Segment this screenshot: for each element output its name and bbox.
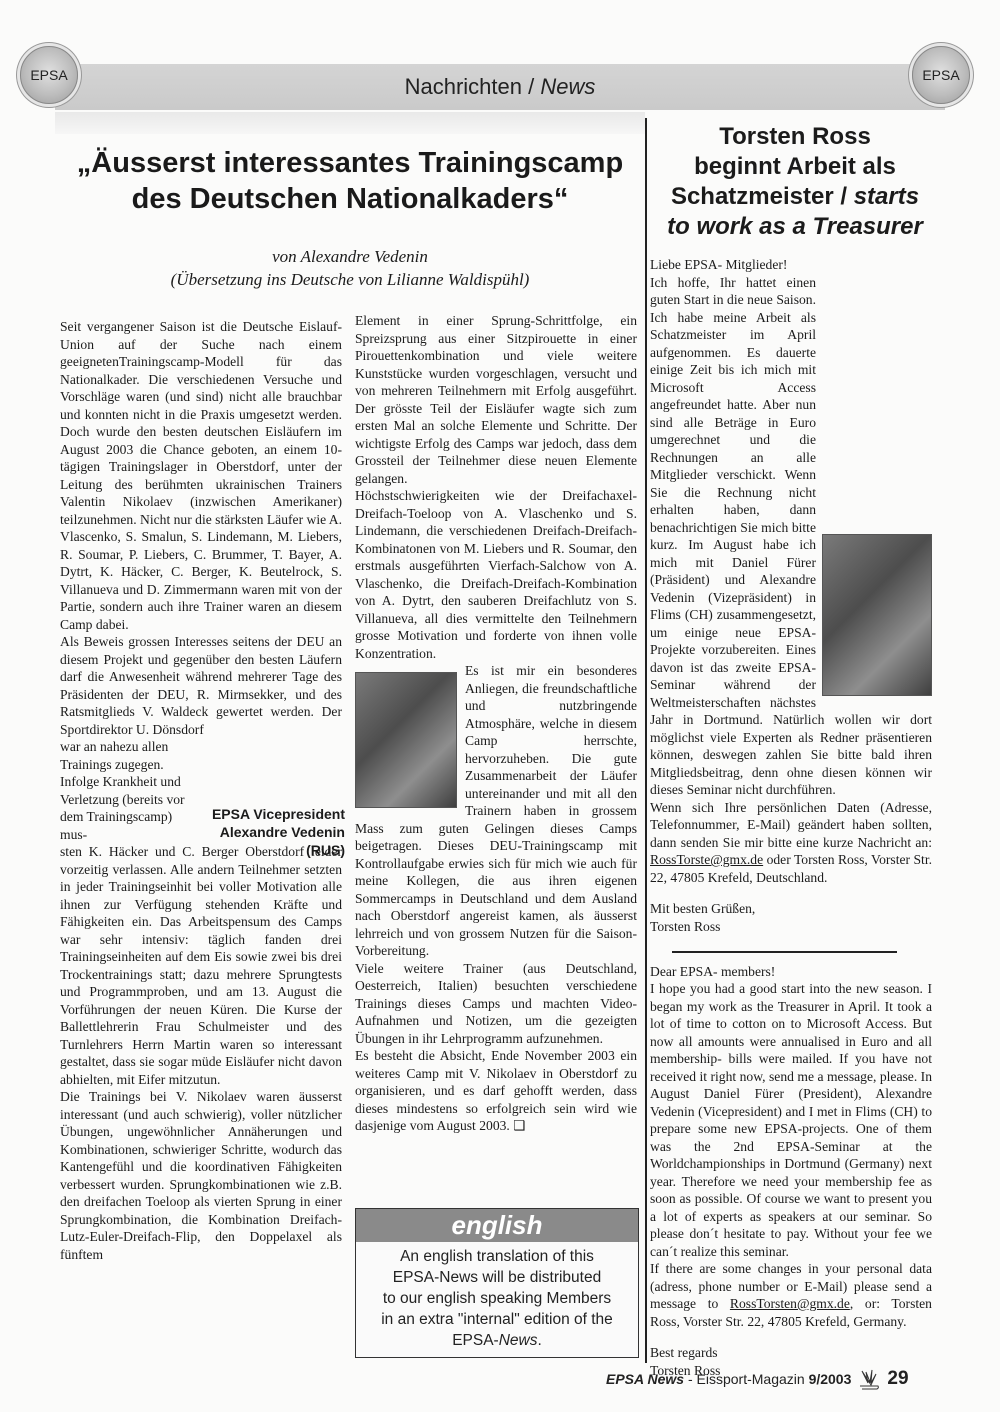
- page-footer: EPSA News - Eissport-Magazin 9/2003 29: [600, 1368, 960, 1390]
- text: Wenn sich Ihre persönlichen Daten (Adres…: [650, 800, 932, 850]
- notice-text: .: [537, 1332, 541, 1349]
- author: von Alexandre Vedenin: [55, 245, 645, 268]
- english-notice-body: An english translation of this EPSA-News…: [356, 1242, 638, 1351]
- notice-line: in an extra "internal" edition of the: [356, 1309, 638, 1330]
- paragraph: Als Beweis grossen Interesses seitens de…: [60, 633, 342, 738]
- publication-name: EPSA News: [606, 1371, 684, 1387]
- paragraph: Die Trainings bei V. Nikolaev waren äuss…: [60, 1088, 342, 1263]
- header-shadow: [55, 112, 645, 134]
- paragraph: Es besteht die Absicht, Ende November 20…: [355, 1047, 637, 1135]
- section-title-en: News: [540, 74, 595, 99]
- paragraph: Höchstschwierigkeiten wie der Dreifachax…: [355, 487, 637, 662]
- english-notice-box: english An english translation of this E…: [355, 1208, 639, 1358]
- article-byline: von Alexandre Vedenin (Übersetzung ins D…: [55, 245, 645, 291]
- email-link-en[interactable]: RossTorsten@gmx.de: [730, 1296, 850, 1311]
- notice-line: EPSA-News will be distributed: [356, 1267, 638, 1288]
- english-notice-heading: english: [356, 1209, 638, 1242]
- translation-credit: (Übersetzung ins Deutsche von Lilianne W…: [55, 268, 645, 291]
- closing-en: Best regards: [650, 1344, 932, 1362]
- sidebar-title: Torsten Ross beginnt Arbeit als Schatzme…: [650, 122, 940, 242]
- sidebar-title-line: beginnt Arbeit als: [650, 152, 940, 182]
- title-text-italic: starts: [854, 183, 919, 210]
- paragraph: Element in einer Sprung-Schrittfolge, ei…: [355, 312, 637, 487]
- article-title-line2: des Deutschen Nationalkaders“: [55, 181, 645, 217]
- notice-line: EPSA-News.: [356, 1330, 638, 1351]
- email-link-de[interactable]: RossTorste@gmx.de: [650, 852, 763, 867]
- greeting-de: Liebe EPSA- Mitglieder!: [650, 256, 932, 274]
- column-divider: [645, 118, 647, 1363]
- notice-text: EPSA-: [452, 1332, 499, 1349]
- section-title-de: Nachrichten /: [405, 74, 535, 99]
- title-text-italic: to work as a Treasurer: [667, 213, 923, 240]
- title-text: Schatzmeister /: [671, 183, 847, 210]
- paragraph-en: I hope you had a good start into the new…: [650, 980, 932, 1260]
- notice-text-italic: News: [499, 1332, 538, 1349]
- greeting-en: Dear EPSA- members!: [650, 963, 932, 981]
- skate-leaf-icon: [857, 1368, 881, 1390]
- caption-country: (RUS): [200, 841, 345, 859]
- paragraph-wrapped: war an nahezu allen Trainings zugegen. I…: [60, 738, 200, 843]
- paragraph: Viele weitere Trainer (aus Deutschland, …: [355, 960, 637, 1048]
- caption-name: Alexandre Vedenin: [200, 823, 345, 841]
- paragraph: sten K. Häcker und C. Berger Oberstdorf …: [60, 843, 342, 1088]
- publication-line: EPSA News - Eissport-Magazin 9/2003: [606, 1371, 851, 1387]
- closing-de: Mit besten Grüßen,: [650, 900, 932, 918]
- sidebar-title-line: to work as a Treasurer: [650, 212, 940, 242]
- section-divider: [672, 951, 897, 953]
- notice-line: An english translation of this: [356, 1246, 638, 1267]
- paragraph-de-contact: Wenn sich Ihre persönlichen Daten (Adres…: [650, 799, 932, 887]
- article-column-2: Element in einer Sprung-Schrittfolge, ei…: [355, 312, 637, 1135]
- section-title: Nachrichten / News: [0, 74, 1000, 100]
- notice-line: to our english speaking Members: [356, 1288, 638, 1309]
- magazine-name: - Eissport-Magazin: [684, 1371, 808, 1387]
- portrait-photo-vedenin: [355, 672, 457, 808]
- caption-role: EPSA Vicepresident: [200, 805, 345, 823]
- article-column-1: Seit vergangener Saison ist die Deutsche…: [60, 318, 342, 1263]
- sidebar-title-line: Schatzmeister / starts: [650, 182, 940, 212]
- portrait-photo-ross: [822, 534, 932, 696]
- issue-number: 9/2003: [809, 1371, 852, 1387]
- photo-caption: EPSA Vicepresident Alexandre Vedenin (RU…: [200, 805, 345, 859]
- paragraph: Seit vergangener Saison ist die Deutsche…: [60, 318, 342, 633]
- paragraph-en-contact: If there are some changes in your person…: [650, 1260, 932, 1330]
- article-title-line1: „Äusserst interessantes Trainingscamp: [55, 145, 645, 181]
- sidebar-title-line: Torsten Ross: [650, 122, 940, 152]
- sidebar-column: Liebe EPSA- Mitglieder! Ich hoffe, Ihr h…: [650, 256, 932, 1379]
- page-number: 29: [887, 1368, 908, 1390]
- article-title: „Äusserst interessantes Trainingscamp de…: [55, 145, 645, 217]
- signature-de: Torsten Ross: [650, 918, 932, 936]
